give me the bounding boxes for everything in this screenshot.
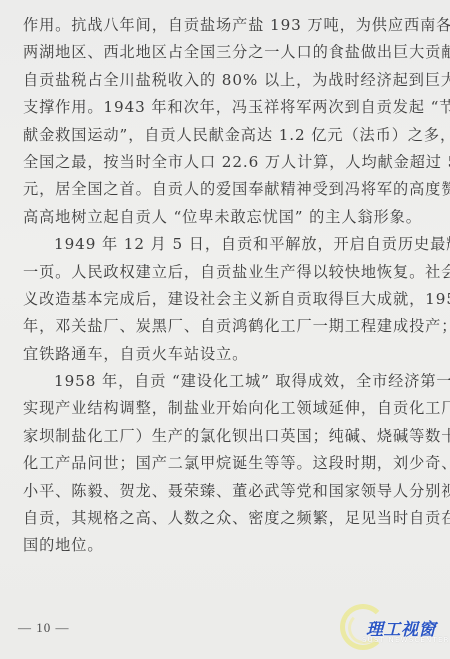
text-line: 全国之最，按当时全市人口 22.6 万人计算，人均献金超过 500 bbox=[23, 149, 433, 176]
text-line: 家坝制盐化工厂）生产的氯化钡出口英国；纯碱、烧碱等数十种 bbox=[23, 423, 433, 450]
text-line: 化工产品问世；国产二氯甲烷诞生等等。这段时期，刘少奇、邓 bbox=[23, 450, 433, 477]
text-line: 自贡盐税占全川盐税收入的 80% 以上，为战时经济起到巨大的 bbox=[23, 67, 433, 94]
text-line: 国的地位。 bbox=[23, 532, 433, 559]
page-number: — 10 — bbox=[18, 620, 70, 636]
paragraph-2: 1949 年 12 月 5 日，自贡和平解放，开启自贡历史最辉煌的 一页。人民政… bbox=[23, 231, 433, 368]
text-line: 宜铁路通车，自贡火车站设立。 bbox=[23, 341, 433, 368]
text-line: 实现产业结构调整，制盐业开始向化工领域延伸，自贡化工厂（张 bbox=[23, 395, 433, 422]
text-line: 小平、陈毅、贺龙、聂荣臻、董必武等党和国家领导人分别视察 bbox=[23, 478, 433, 505]
text-line: 一页。人民政权建立后，自贡盐业生产得以较快地恢复。社会主 bbox=[23, 259, 433, 286]
watermark-logo: 理工视窗 SUST NEWSCENTER bbox=[340, 602, 450, 659]
text-line: 1958 年，自贡 “建设化工城” 取得成效，全市经济第一次 bbox=[23, 368, 433, 395]
text-line: 作用。抗战八年间，自贡盐场产盐 193 万吨，为供应西南各省、 bbox=[23, 12, 433, 39]
text-line: 元，居全国之首。自贡人的爱国奉献精神受到冯将军的高度赞扬， bbox=[23, 176, 433, 203]
document-page: 作用。抗战八年间，自贡盐场产盐 193 万吨，为供应西南各省、 两湖地区、西北地… bbox=[0, 0, 450, 659]
text-line: 义改造基本完成后，建设社会主义新自贡取得巨大成就，1957 bbox=[23, 286, 433, 313]
paragraph-3: 1958 年，自贡 “建设化工城” 取得成效，全市经济第一次 实现产业结构调整，… bbox=[23, 368, 433, 560]
text-line: 两湖地区、西北地区占全国三分之一人口的食盐做出巨大贡献； bbox=[23, 39, 433, 66]
text-line: 高高地树立起自贡人 “位卑未敢忘忧国” 的主人翁形象。 bbox=[23, 204, 433, 231]
watermark-subtitle: SUST NEWSCENTER bbox=[362, 636, 450, 644]
text-line: 献金救国运动”，自贡人民献金高达 1.2 亿元（法币）之多，为 bbox=[23, 122, 433, 149]
text-line: 年，邓关盐厂、炭黑厂、自贡鸿鹤化工厂一期工程建成投产；内 bbox=[23, 313, 433, 340]
text-line: 自贡，其规格之高、人数之众、密度之频繁，足见当时自贡在全 bbox=[23, 505, 433, 532]
text-line: 支撑作用。1943 年和次年，冯玉祥将军两次到自贡发起 “节约 bbox=[23, 94, 433, 121]
text-line: 1949 年 12 月 5 日，自贡和平解放，开启自贡历史最辉煌的 bbox=[23, 231, 433, 258]
paragraph-1: 作用。抗战八年间，自贡盐场产盐 193 万吨，为供应西南各省、 两湖地区、西北地… bbox=[23, 12, 433, 231]
body-text: 作用。抗战八年间，自贡盐场产盐 193 万吨，为供应西南各省、 两湖地区、西北地… bbox=[23, 12, 433, 560]
